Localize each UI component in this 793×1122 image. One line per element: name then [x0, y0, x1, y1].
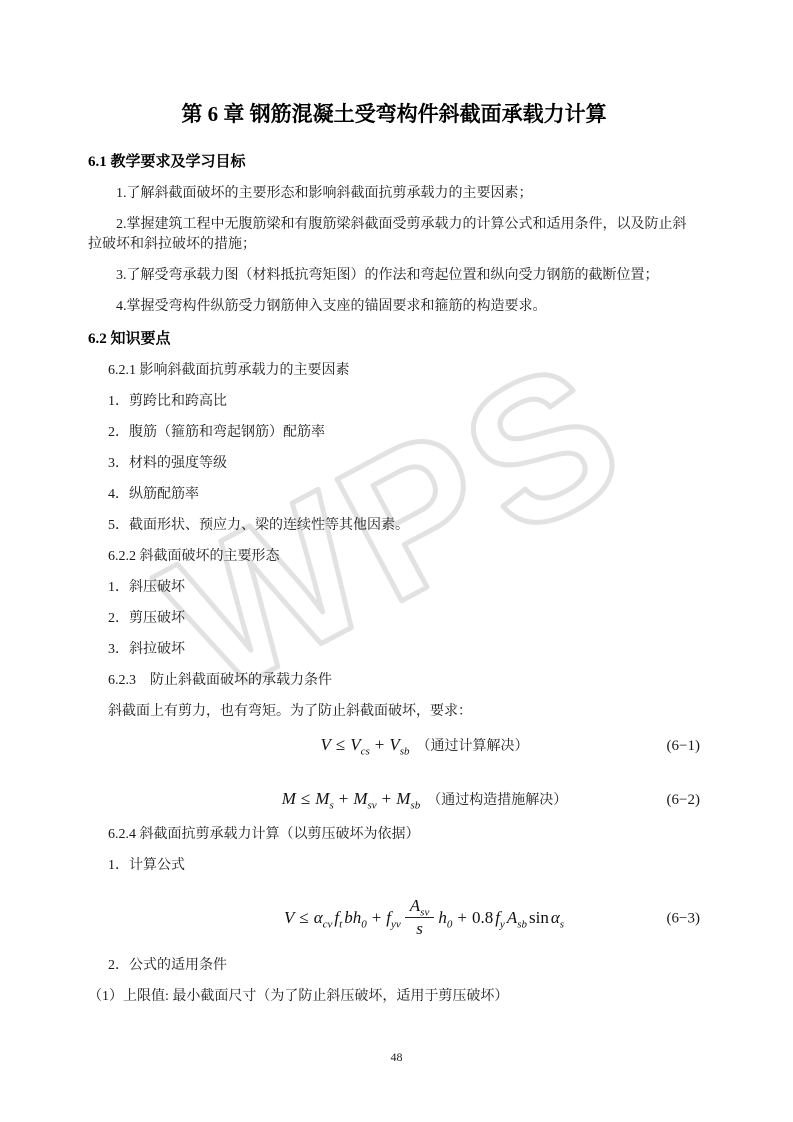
page-content: 第 6 章 钢筋混凝土受弯构件斜截面承载力计算 6.1 教学要求及学习目标 1.… [0, 0, 793, 1007]
equation-6-2: M≤Ms+Msv+Msb（通过构造措施解决） (6−2) [88, 786, 700, 814]
equation-6-3: V≤αcvftbh0+fyvAsvsh0+0.8fyAsbsinαs (6−3) [88, 898, 700, 940]
list-item: 2．剪压破坏 [108, 609, 700, 629]
document-page: WPS 第 6 章 钢筋混凝土受弯构件斜截面承载力计算 6.1 教学要求及学习目… [0, 0, 793, 1122]
section-6-1-heading: 6.1 教学要求及学习目标 [88, 152, 700, 173]
list-item: 1．斜压破坏 [108, 578, 700, 598]
intro-paragraph: 斜截面上有剪力，也有弯矩。为了防止斜截面破坏，要求： [108, 702, 700, 722]
equation-6-2-formula: M≤Ms+Msv+Msb [281, 789, 421, 808]
page-number: 48 [0, 1050, 793, 1065]
objective-paragraph-2: 2.掌握建筑工程中无腹筋梁和有腹筋梁斜截面受剪承载力的计算公式和适用条件，以及防… [88, 215, 700, 255]
subsection-6-2-3-heading: 6.2.3 防止斜截面破坏的承载力条件 [108, 671, 700, 691]
equation-6-2-note: （通过构造措施解决） [427, 793, 567, 808]
chapter-title: 第 6 章 钢筋混凝土受弯构件斜截面承载力计算 [88, 100, 700, 128]
list-item: 2．腹筋（箍筋和弯起钢筋）配筋率 [108, 423, 700, 443]
list-item: 4．纵筋配筋率 [108, 485, 700, 505]
equation-6-3-number: (6−3) [667, 911, 700, 928]
condition-upper-limit: （1）上限值: 最小截面尺寸（为了防止斜压破坏，适用于剪压破坏） [88, 987, 700, 1007]
equation-6-1-note: （通过计算解决） [417, 739, 529, 754]
objective-paragraph-4: 4.掌握受弯构件纵筋受力钢筋伸入支座的锚固要求和箍筋的构造要求。 [88, 297, 700, 317]
list-item-conditions: 2．公式的适用条件 [108, 956, 700, 976]
objective-paragraph-1: 1.了解斜截面破坏的主要形态和影响斜截面抗剪承载力的主要因素； [88, 184, 700, 204]
subsection-6-2-4-heading: 6.2.4 斜截面抗剪承载力计算（以剪压破坏为依据） [108, 825, 700, 845]
list-item: 5．截面形状、预应力、梁的连续性等其他因素。 [108, 516, 700, 536]
objective-paragraph-3: 3.了解受弯承载力图（材料抵抗弯矩图）的作法和弯起位置和纵向受力钢筋的截断位置； [88, 266, 700, 286]
list-item: 3．材料的强度等级 [108, 454, 700, 474]
equation-6-1-number: (6−1) [667, 733, 700, 759]
subsection-6-2-1-heading: 6.2.1 影响斜截面抗剪承载力的主要因素 [108, 361, 700, 381]
subsection-6-2-2-heading: 6.2.2 斜截面破坏的主要形态 [108, 547, 700, 567]
equation-6-1: V≤Vcs+Vsb（通过计算解决） (6−1) [88, 732, 700, 760]
list-item-calc-formula: 1．计算公式 [108, 856, 700, 876]
section-6-2-heading: 6.2 知识要点 [88, 329, 700, 350]
equation-6-3-formula: V≤αcvftbh0+fyvAsvsh0+0.8fyAsbsinαs [283, 908, 565, 927]
equation-6-1-formula: V≤Vcs+Vsb [319, 735, 410, 754]
list-item: 1．剪跨比和跨高比 [108, 392, 700, 412]
list-item: 3．斜拉破坏 [108, 640, 700, 660]
equation-6-2-number: (6−2) [667, 787, 700, 813]
